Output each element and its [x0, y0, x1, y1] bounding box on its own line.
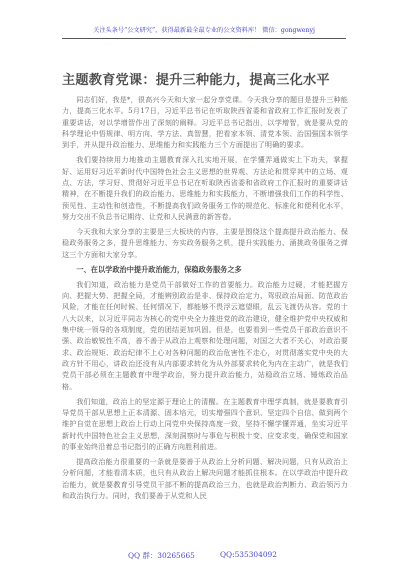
paragraph-study: 我们要持续用力地推动主题教育深入扎实地开展，在学懂弄通做实上下功夫，掌握好、运用… — [62, 154, 348, 222]
paragraph-theory: 我们知道，政治上的坚定源于理论上的清醒。在主题教育中理学真制，就是要教育引导党员… — [62, 396, 348, 453]
paragraph-intro: 同志们好，我是*，很高兴今天和大家一起分享党课。今天我分享的题目是提升三种能力，… — [62, 94, 348, 151]
section-heading: 一、在以学政治中提升政治能力，保稳政务服务之多 — [62, 264, 348, 275]
document-title: 主题教育党课：提升三种能力，提高三化水平 — [62, 69, 362, 88]
paragraph-outline: 今天我和大家分享的主要是三大板块的内容，主要是围绕这个提高提升政治能力、保稳政务… — [62, 226, 348, 260]
document-body: 同志们好，我是*，很高兴今天和大家一起分享党课。今天我分享的题目是提升三种能力，… — [62, 94, 348, 505]
paragraph-political-ability: 我们知道，政治能力是党员干部做好工作的首要能力。政治能力过硬，才能把握方向、把握… — [62, 279, 348, 392]
paragraph-analysis: 提高政治能力很重要的一条就是要善于从政治上分析问题、解决问题，只有从政治上分析问… — [62, 456, 348, 501]
footer-qq-group: QQ 群：30265665 — [128, 550, 195, 561]
footer-qq: QQ:535304092 — [220, 550, 277, 559]
document-page: 关注头条号“公文研究”，获得最新最全最专业的公文资料库！ 微信：gongweny… — [0, 0, 408, 580]
header-banner[interactable]: 关注头条号“公文研究”，获得最新最全最专业的公文资料库！ 微信：gongweny… — [62, 26, 346, 39]
